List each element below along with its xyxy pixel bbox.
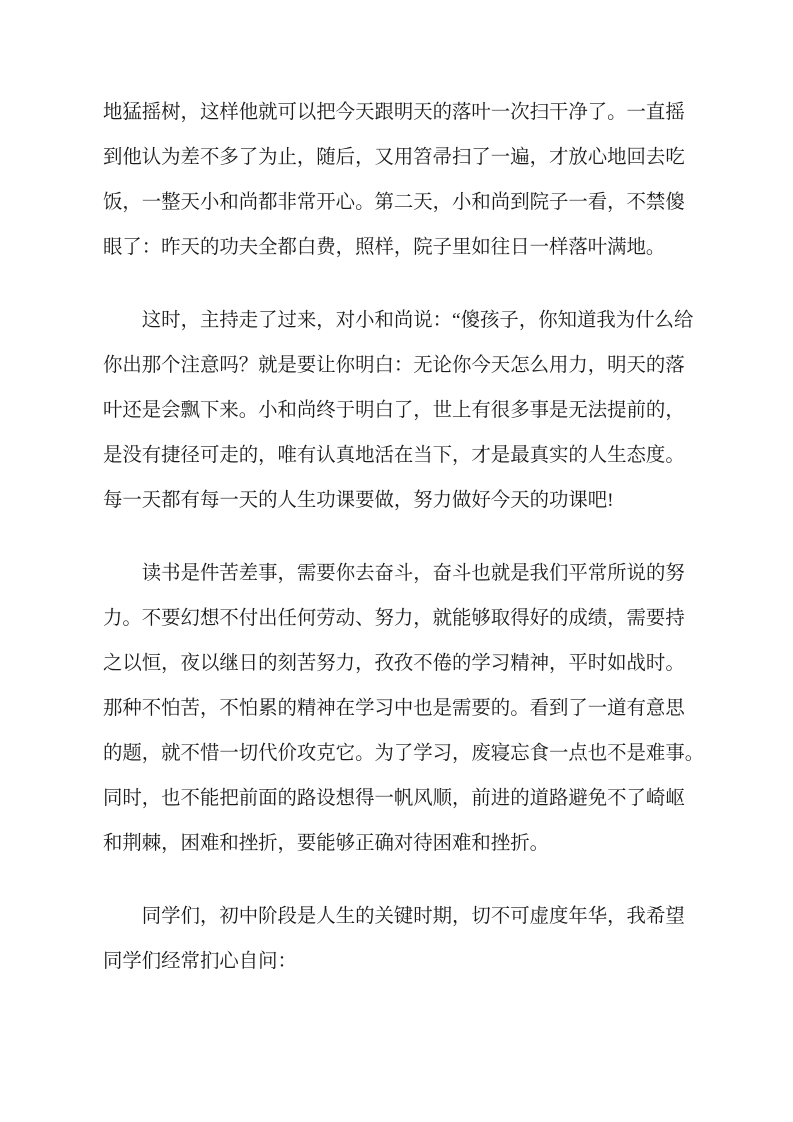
- text-line: 同学们经常扪心自问：: [103, 939, 689, 984]
- text-line: 的题，就不惜一切代价攻克它。为了学习，废寝忘食一点也不是难事。: [103, 731, 689, 776]
- paragraph-4: 同学们，初中阶段是人生的关键时期，切不可虚度年华，我希望 同学们经常扪心自问：: [103, 894, 689, 984]
- text-line: 这时，主持走了过来，对小和尚说：“傻孩子，你知道我为什么给: [103, 298, 689, 343]
- text-line: 同学们，初中阶段是人生的关键时期，切不可虚度年华，我希望: [103, 894, 689, 939]
- text-line: 是没有捷径可走的，唯有认真地活在当下，才是最真实的人生态度。: [103, 433, 689, 478]
- text-line: 每一天都有每一天的人生功课要做，努力做好今天的功课吧!: [103, 478, 689, 523]
- paragraph-1: 地猛摇树，这样他就可以把今天跟明天的落叶一次扫干净了。一直摇 到他认为差不多了为…: [103, 90, 689, 270]
- text-line: 到他认为差不多了为止，随后，又用笤帚扫了一遍，才放心地回去吃: [103, 135, 689, 180]
- text-line: 和荆棘，困难和挫折，要能够正确对待困难和挫折。: [103, 821, 689, 866]
- text-line: 之以恒，夜以继日的刻苦努力，孜孜不倦的学习精神，平时如战时。: [103, 641, 689, 686]
- text-line: 力。不要幻想不付出任何劳动、努力，就能够取得好的成绩，需要持: [103, 596, 689, 641]
- paragraph-3: 读书是件苦差事，需要你去奋斗，奋斗也就是我们平常所说的努 力。不要幻想不付出任何…: [103, 551, 689, 866]
- text-line: 读书是件苦差事，需要你去奋斗，奋斗也就是我们平常所说的努: [103, 551, 689, 596]
- paragraph-2: 这时，主持走了过来，对小和尚说：“傻孩子，你知道我为什么给 你出那个注意吗？就是…: [103, 298, 689, 523]
- text-line: 你出那个注意吗？就是要让你明白：无论你今天怎么用力，明天的落: [103, 343, 689, 388]
- text-line: 饭，一整天小和尚都非常开心。第二天，小和尚到院子一看，不禁傻: [103, 180, 689, 225]
- text-line: 眼了：昨天的功夫全都白费，照样，院子里如往日一样落叶满地。: [103, 225, 689, 270]
- text-line: 叶还是会飘下来。小和尚终于明白了，世上有很多事是无法提前的，: [103, 388, 689, 433]
- text-line: 同时，也不能把前面的路设想得一帆风顺，前进的道路避免不了崎岖: [103, 776, 689, 821]
- text-line: 地猛摇树，这样他就可以把今天跟明天的落叶一次扫干净了。一直摇: [103, 90, 689, 135]
- text-line: 那种不怕苦，不怕累的精神在学习中也是需要的。看到了一道有意思: [103, 686, 689, 731]
- document-page: 地猛摇树，这样他就可以把今天跟明天的落叶一次扫干净了。一直摇 到他认为差不多了为…: [0, 0, 793, 1122]
- document-body: 地猛摇树，这样他就可以把今天跟明天的落叶一次扫干净了。一直摇 到他认为差不多了为…: [103, 90, 689, 984]
